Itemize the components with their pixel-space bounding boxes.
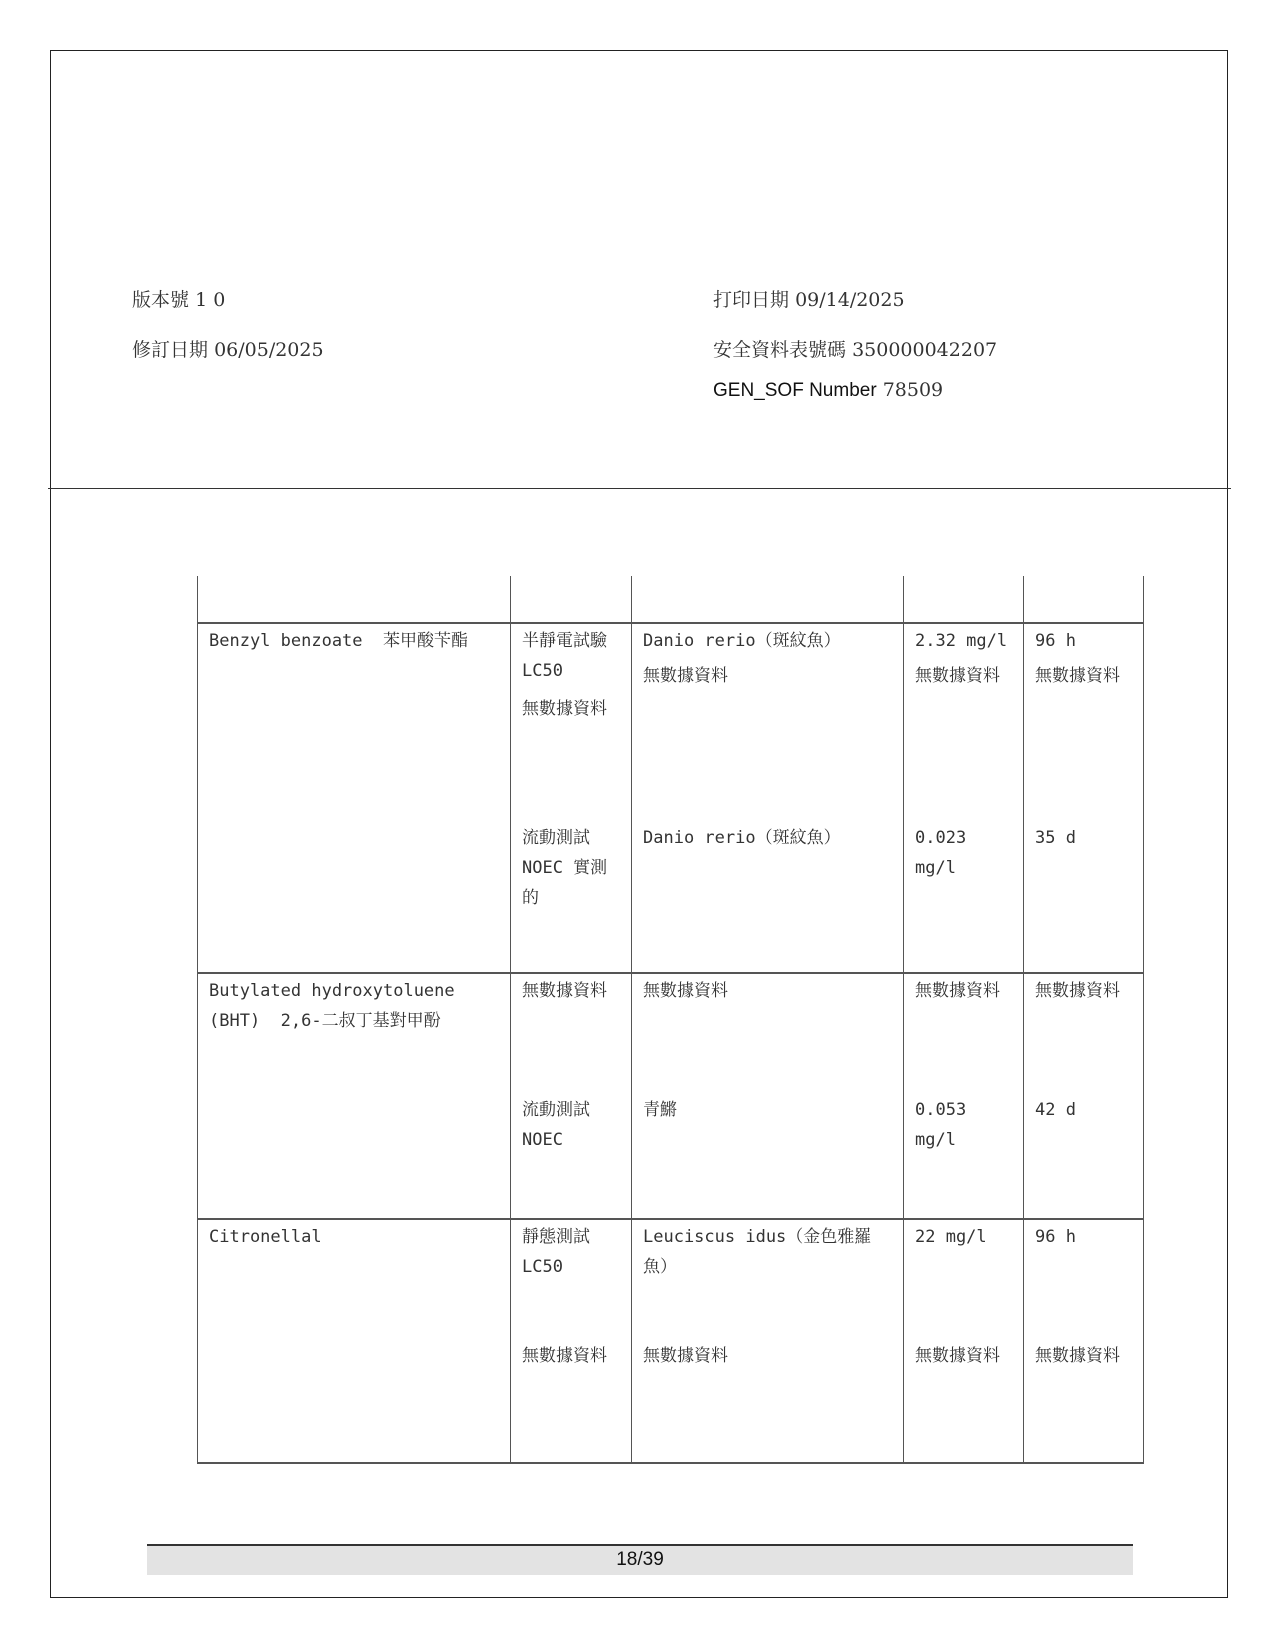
- print-label: 打印日期: [713, 289, 789, 311]
- table-border-right: [1143, 576, 1144, 1464]
- gen-sof-value: 78509: [883, 379, 943, 401]
- value: 無數據資料: [915, 976, 1015, 1006]
- column-divider: [1023, 576, 1024, 1464]
- header-separator: [48, 488, 1231, 489]
- value: 2.32 mg/l: [915, 626, 1015, 656]
- page-number: 18/39: [147, 1549, 1133, 1571]
- test-type: 無數據資料: [522, 1341, 620, 1371]
- duration: 96 h: [1035, 1222, 1135, 1252]
- duration: 35 d: [1035, 823, 1135, 853]
- duration: 96 h: [1035, 626, 1135, 656]
- species: 無數據資料: [643, 661, 885, 691]
- revision-label: 修訂日期: [132, 339, 208, 361]
- sds-label: 安全資料表號碼: [713, 339, 846, 361]
- row-divider: [197, 622, 1144, 624]
- duration: 無數據資料: [1035, 1341, 1135, 1371]
- test-type: 半靜電試驗 LC50: [522, 626, 620, 686]
- test-type: 靜態測試 LC50: [522, 1222, 620, 1282]
- print-date: 打印日期 09/14/2025: [713, 285, 905, 312]
- sds-value: 350000042207: [852, 339, 997, 361]
- table-border-left: [197, 576, 198, 1464]
- revision-value: 06/05/2025: [214, 339, 324, 361]
- version-label: 版本號: [132, 289, 189, 311]
- substance-name: Butylated hydroxytoluene (BHT) 2,6-二叔丁基對…: [209, 976, 499, 1036]
- revision-date: 修訂日期 06/05/2025: [132, 335, 324, 362]
- row-divider: [197, 1218, 1144, 1220]
- value: 無數據資料: [915, 1341, 1015, 1371]
- ecotoxicity-table: Benzyl benzoate 苯甲酸苄酯 半靜電試驗 LC50 Danio r…: [197, 576, 1144, 1464]
- species: Leuciscus idus（金色雅羅魚）: [643, 1222, 885, 1282]
- row-divider: [197, 972, 1144, 974]
- test-type: 無數據資料: [522, 976, 620, 1006]
- column-divider: [510, 576, 511, 1464]
- sds-number: 安全資料表號碼 350000042207: [713, 335, 997, 362]
- duration: 無數據資料: [1035, 661, 1135, 691]
- species: Danio rerio（斑紋魚）: [643, 823, 885, 853]
- species: 無數據資料: [643, 976, 885, 1006]
- print-value: 09/14/2025: [795, 289, 905, 311]
- page-footer: 18/39: [147, 1544, 1133, 1575]
- test-type: 流動測試 NOEC 實測的: [522, 823, 620, 913]
- value: 22 mg/l: [915, 1222, 1015, 1252]
- value: 無數據資料: [915, 661, 1015, 691]
- test-type: 無數據資料: [522, 694, 620, 724]
- substance-name: Benzyl benzoate 苯甲酸苄酯: [209, 626, 499, 656]
- column-divider: [903, 576, 904, 1464]
- value: 0.053 mg/l: [915, 1095, 1015, 1155]
- value: 0.023 mg/l: [915, 823, 1015, 883]
- version-value: 1 0: [195, 289, 225, 311]
- substance-name: Citronellal: [209, 1222, 499, 1252]
- species: Danio rerio（斑紋魚）: [643, 626, 885, 656]
- column-divider: [631, 576, 632, 1464]
- duration: 無數據資料: [1035, 976, 1135, 1006]
- version-number: 版本號 1 0: [132, 285, 225, 312]
- table-border-bottom: [197, 1462, 1144, 1464]
- gen-sof-number: GEN_SOF Number 78509: [713, 379, 943, 402]
- species: 青鱂: [643, 1095, 885, 1125]
- duration: 42 d: [1035, 1095, 1135, 1125]
- species: 無數據資料: [643, 1341, 885, 1371]
- test-type: 流動測試 NOEC: [522, 1095, 620, 1155]
- gen-sof-label: GEN_SOF Number: [713, 380, 877, 401]
